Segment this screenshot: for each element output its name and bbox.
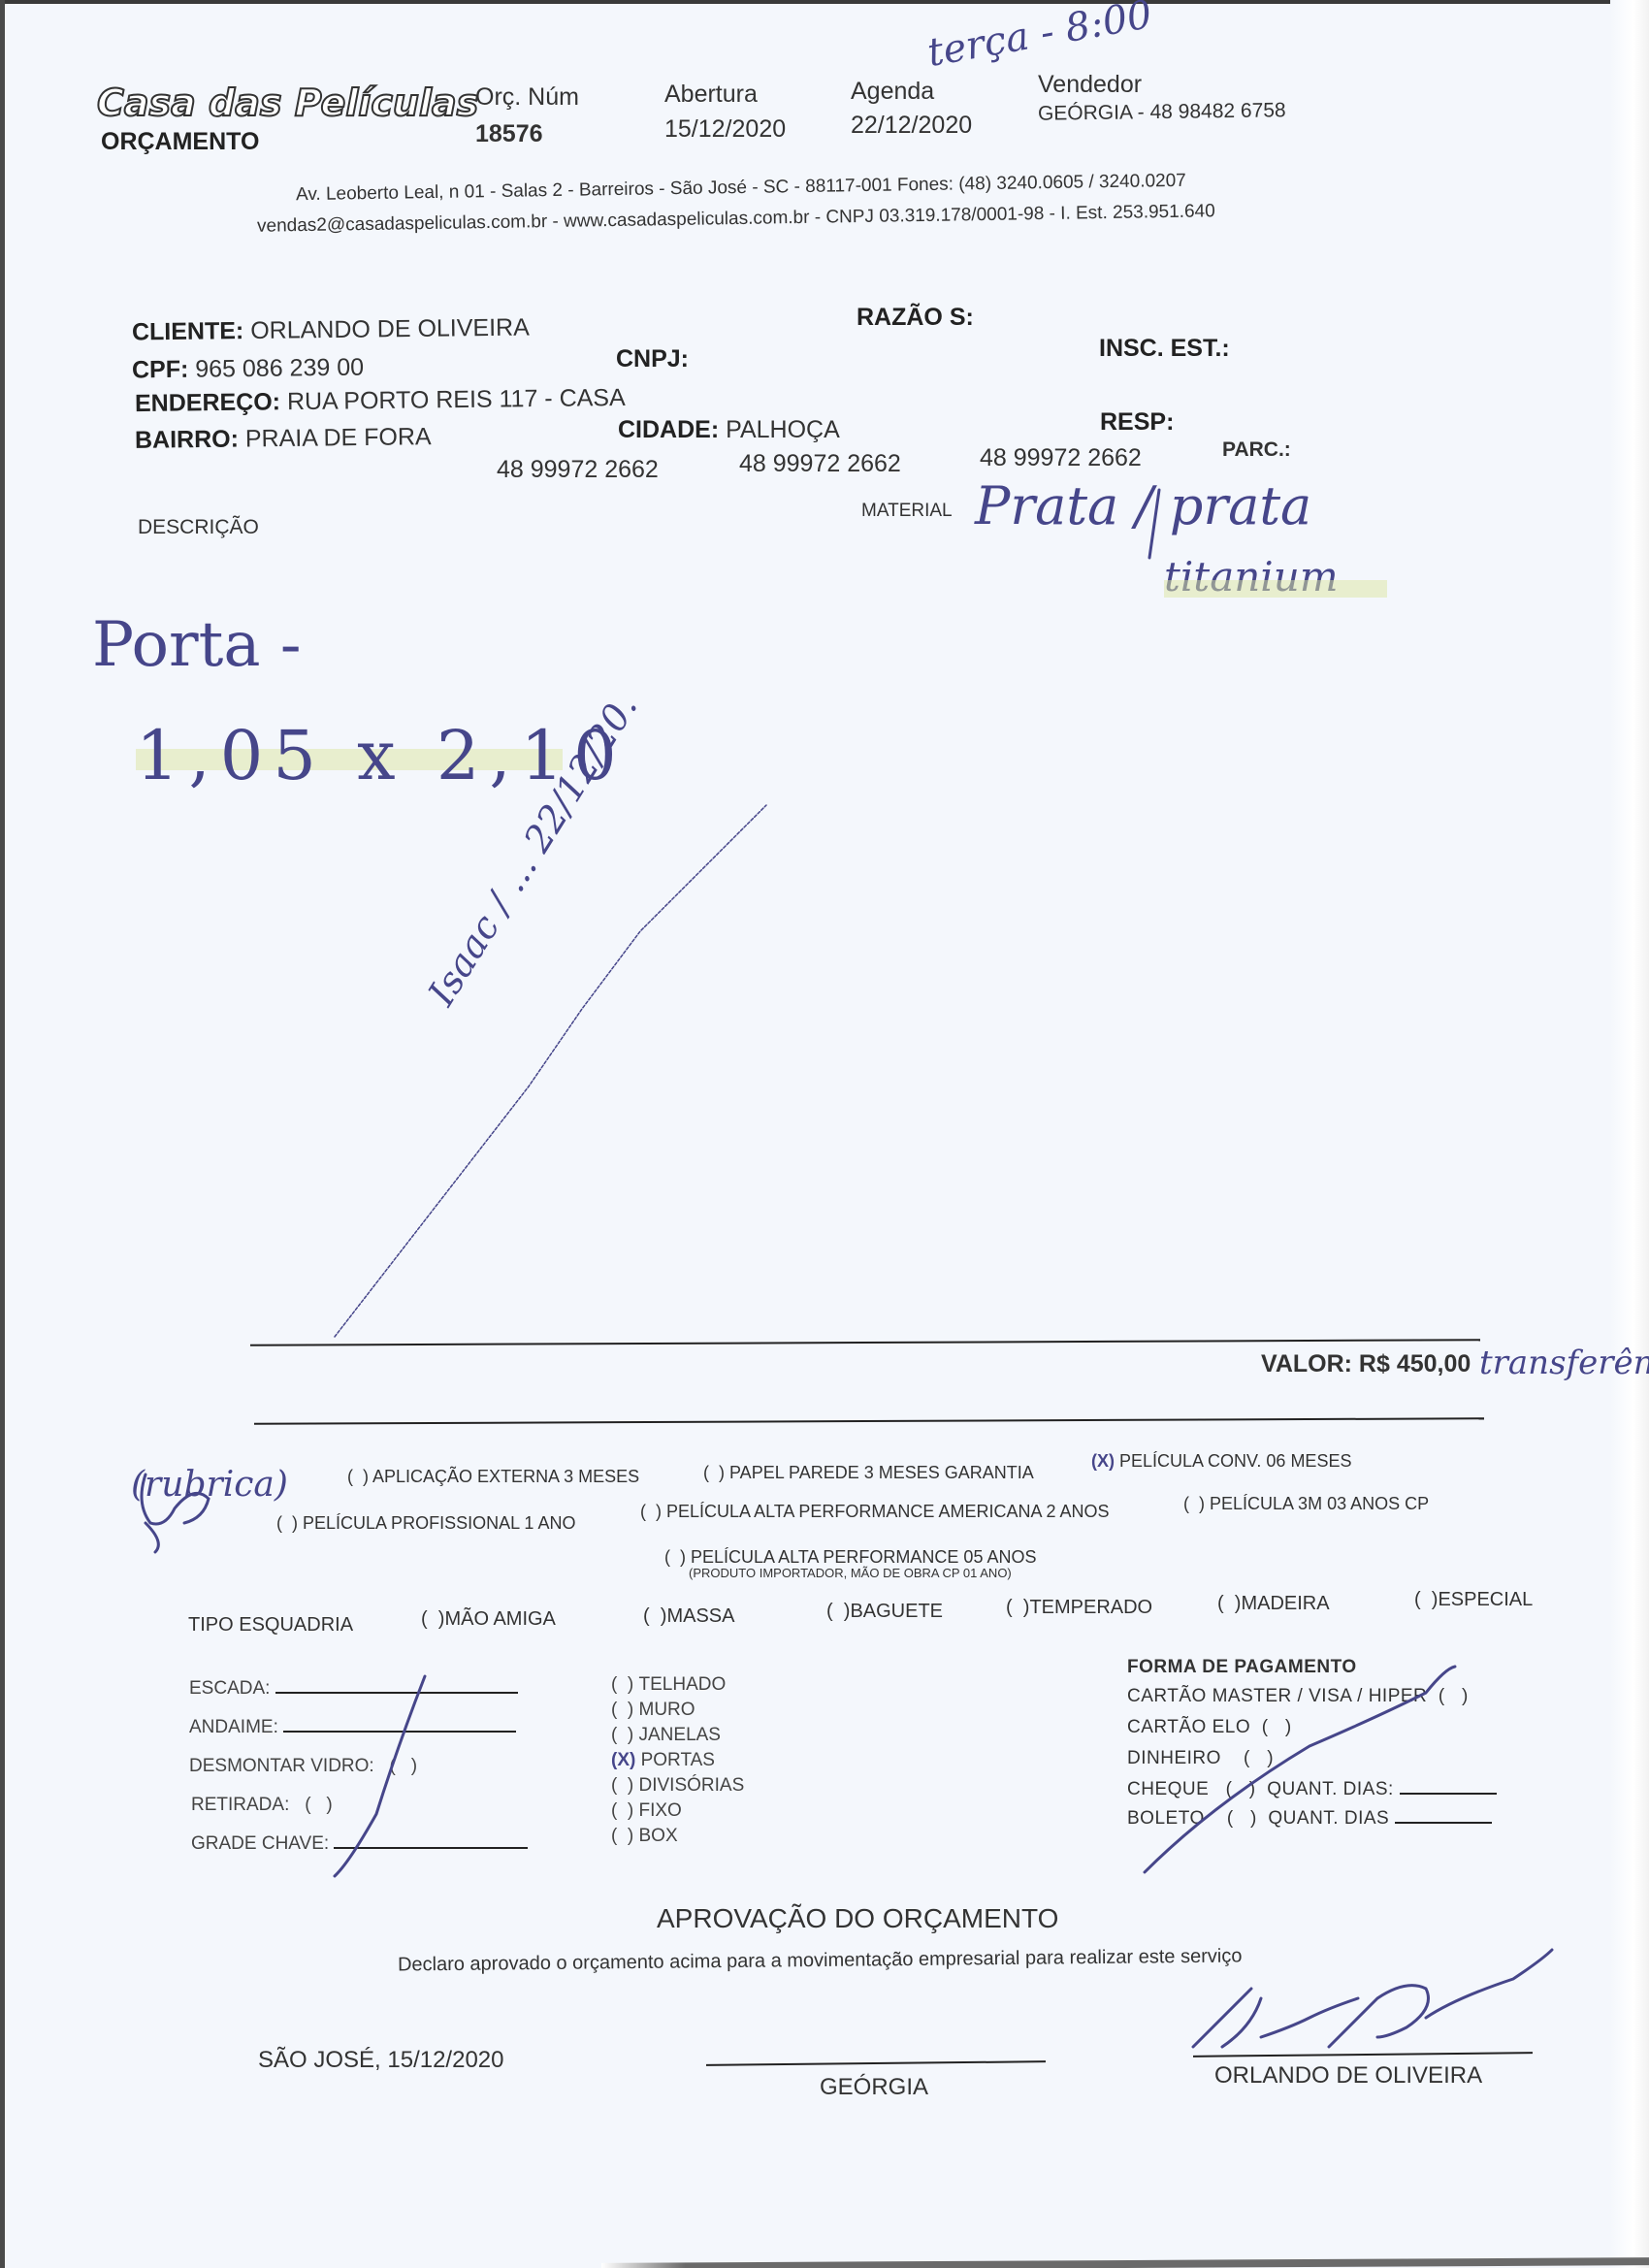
checkbox[interactable]: ( ) xyxy=(640,1502,662,1521)
service-option[interactable]: ( ) PELÍCULA ALTA PERFORMANCE 05 ANOS xyxy=(664,1547,1036,1568)
esquadria-option[interactable]: ( )BAGUETE xyxy=(826,1601,943,1623)
andaime-input[interactable] xyxy=(283,1731,516,1733)
description-handwritten-1: Porta - xyxy=(92,609,301,681)
location-option[interactable]: ( ) MURO xyxy=(611,1700,695,1721)
cliente-field: CLIENTE: ORLANDO DE OLIVEIRA xyxy=(132,313,530,346)
seller-name: GEÓRGIA xyxy=(820,2074,928,2101)
endereco-field: ENDEREÇO: RUA PORTO REIS 117 - CASA xyxy=(135,384,626,418)
vendedor-label: Vendedor xyxy=(1038,71,1142,99)
client-signature-line xyxy=(1193,2052,1533,2057)
material-label: MATERIAL xyxy=(861,501,953,522)
phone-2: 48 99972 2662 xyxy=(739,450,901,478)
esquadria-option[interactable]: ( )ESPECIAL xyxy=(1414,1589,1533,1611)
abertura-value: 15/12/2020 xyxy=(664,115,786,144)
cpf-value: 965 086 239 00 xyxy=(195,354,364,383)
checkbox[interactable]: ( ) xyxy=(826,1601,850,1622)
checkbox[interactable]: ( ) xyxy=(611,1725,639,1745)
agenda-handwritten-note: terça - 8:00 xyxy=(924,0,1155,76)
scan-edge-bottom xyxy=(601,2257,1649,2268)
checkbox-checked[interactable]: (X) xyxy=(1091,1451,1115,1471)
checkbox[interactable]: ( ) xyxy=(611,1775,639,1796)
checkbox[interactable]: ( ) xyxy=(1414,1589,1438,1610)
retirada-field: RETIRADA: ( ) xyxy=(191,1795,333,1816)
descricao-label: DESCRIÇÃO xyxy=(138,516,259,539)
bairro-field: BAIRRO: PRAIA DE FORA xyxy=(135,423,432,455)
approval-title: APROVAÇÃO DO ORÇAMENTO xyxy=(657,1903,1058,1934)
checkbox[interactable]: ( ) xyxy=(611,1674,639,1695)
service-option[interactable]: ( ) APLICAÇÃO EXTERNA 3 MESES xyxy=(347,1467,639,1487)
checkbox[interactable]: ( ) xyxy=(1227,1748,1274,1768)
location-option[interactable]: ( ) TELHADO xyxy=(611,1674,726,1696)
esquadria-label: TIPO ESQUADRIA xyxy=(188,1614,353,1636)
checkbox[interactable]: ( ) xyxy=(611,1800,639,1821)
esquadria-option[interactable]: ( )MASSA xyxy=(643,1605,734,1628)
checkbox[interactable]: ( ) xyxy=(1006,1597,1029,1618)
cnpj-field: CNPJ: xyxy=(616,345,689,373)
checkbox[interactable]: ( ) xyxy=(643,1605,666,1627)
payment-option[interactable]: BOLETO ( ) QUANT. DIAS xyxy=(1127,1808,1492,1830)
client-name: ORLANDO DE OLIVEIRA xyxy=(1214,2062,1482,2090)
escada-field: ESCADA: xyxy=(189,1678,518,1700)
endereco-value: RUA PORTO REIS 117 - CASA xyxy=(287,384,626,415)
service-option[interactable]: ( ) PAPEL PAREDE 3 MESES GARANTIA xyxy=(703,1463,1034,1483)
cliente-value: ORLANDO DE OLIVEIRA xyxy=(250,313,530,344)
place-date: SÃO JOSÉ, 15/12/2020 xyxy=(258,2047,504,2074)
payment-option[interactable]: CARTÃO MASTER / VISA / HIPER ( ) xyxy=(1127,1686,1469,1707)
payment-option[interactable]: CHEQUE ( ) QUANT. DIAS: xyxy=(1127,1779,1497,1800)
orc-num-label: Orç. Núm xyxy=(475,83,579,112)
resp-field: RESP: xyxy=(1100,408,1174,437)
checkbox[interactable]: ( ) xyxy=(421,1608,444,1630)
bairro-value: PRAIA DE FORA xyxy=(245,423,432,452)
company-address: Av. Leoberto Leal, n 01 - Salas 2 - Barr… xyxy=(296,171,1186,206)
cpf-field: CPF: 965 086 239 00 xyxy=(132,354,364,385)
valor-total: VALOR: R$ 450,00 xyxy=(1261,1350,1471,1378)
checkbox[interactable]: ( ) xyxy=(347,1467,369,1486)
agenda-label: Agenda xyxy=(851,78,934,106)
company-contact: vendas2@casadaspeliculas.com.br - www.ca… xyxy=(257,201,1215,238)
location-option[interactable]: ( ) DIVISÓRIAS xyxy=(611,1775,744,1797)
orc-num-value: 18576 xyxy=(475,120,543,148)
abertura-label: Abertura xyxy=(664,81,758,109)
location-option[interactable]: ( ) FIXO xyxy=(611,1800,682,1822)
valor-handwritten-note: transferência. xyxy=(1479,1344,1649,1382)
valor-bottom-rule xyxy=(254,1417,1484,1425)
scan-edge-top xyxy=(0,0,1649,4)
checkbox[interactable]: ( ) xyxy=(611,1826,639,1846)
checkbox[interactable]: ( ) xyxy=(1183,1494,1205,1513)
service-option[interactable]: ( ) PELÍCULA PROFISSIONAL 1 ANO xyxy=(276,1513,575,1534)
phone-1: 48 99972 2662 xyxy=(497,456,659,484)
desmontar-checkbox[interactable]: ( ) xyxy=(379,1756,417,1776)
grade-chave-field: GRADE CHAVE: xyxy=(191,1833,528,1855)
company-logo: Casa das Películas xyxy=(97,81,478,124)
service-option-note: (PRODUTO IMPORTADOR, MÃO DE OBRA CP 01 A… xyxy=(689,1566,1012,1580)
checkbox[interactable]: ( ) xyxy=(1256,1717,1292,1737)
payment-title: FORMA DE PAGAMENTO xyxy=(1127,1657,1357,1678)
checkbox[interactable]: ( ) xyxy=(1433,1686,1469,1706)
checkbox[interactable]: ( ) xyxy=(1214,1779,1256,1799)
andaime-field: ANDAIME: xyxy=(189,1717,516,1738)
escada-input[interactable] xyxy=(275,1692,518,1694)
payment-option[interactable]: DINHEIRO ( ) xyxy=(1127,1748,1274,1769)
service-option[interactable]: ( ) PELÍCULA 3M 03 ANOS CP xyxy=(1183,1494,1429,1514)
parc-field: PARC.: xyxy=(1222,438,1291,462)
scan-edge-left xyxy=(0,0,5,2268)
checkbox[interactable]: ( ) xyxy=(664,1547,686,1567)
phone-3: 48 99972 2662 xyxy=(980,444,1142,472)
cheque-days-input[interactable] xyxy=(1400,1793,1497,1795)
valor-top-rule xyxy=(250,1339,1480,1346)
cidade-value: PALHOÇA xyxy=(726,416,840,443)
vendedor-value: GEÓRGIA - 48 98482 6758 xyxy=(1038,99,1286,126)
desmontar-field: DESMONTAR VIDRO: ( ) xyxy=(189,1756,417,1777)
razao-field: RAZÃO S: xyxy=(857,304,974,332)
location-option[interactable]: ( ) JANELAS xyxy=(611,1725,721,1746)
checkbox-checked[interactable]: (X) xyxy=(611,1750,641,1770)
document-type: ORÇAMENTO xyxy=(101,128,259,156)
initials-mark: (rubrica) xyxy=(131,1465,288,1505)
material-handwritten: Prata / prata xyxy=(975,475,1311,536)
checkbox[interactable]: ( ) xyxy=(1217,1593,1241,1614)
highlight-mark xyxy=(1164,580,1387,598)
checkbox[interactable]: ( ) xyxy=(703,1463,725,1482)
insc-est-field: INSC. EST.: xyxy=(1099,335,1230,363)
seller-signature-line xyxy=(706,2060,1046,2066)
agenda-value: 22/12/2020 xyxy=(851,112,972,140)
cidade-field: CIDADE: PALHOÇA xyxy=(618,416,840,444)
service-option-checked[interactable]: (X) PELÍCULA CONV. 06 MESES xyxy=(1091,1451,1351,1472)
esquadria-option[interactable]: ( )MADEIRA xyxy=(1217,1593,1330,1615)
service-option[interactable]: ( ) PELÍCULA ALTA PERFORMANCE AMERICANA … xyxy=(640,1502,1110,1522)
payment-option[interactable]: CARTÃO ELO ( ) xyxy=(1127,1717,1292,1738)
esquadria-option[interactable]: ( )TEMPERADO xyxy=(1006,1597,1152,1619)
checkbox[interactable]: ( ) xyxy=(1211,1808,1257,1829)
location-option[interactable]: ( ) BOX xyxy=(611,1826,678,1847)
checkbox[interactable]: ( ) xyxy=(276,1513,298,1533)
scan-edge-right xyxy=(1610,0,1649,2268)
retirada-checkbox[interactable]: ( ) xyxy=(295,1795,333,1815)
approval-statement: Declaro aprovado o orçamento acima para … xyxy=(398,1945,1243,1976)
grade-chave-input[interactable] xyxy=(334,1847,528,1849)
esquadria-option[interactable]: ( )MÃO AMIGA xyxy=(421,1608,556,1631)
location-option-checked[interactable]: (X) PORTAS xyxy=(611,1750,715,1771)
checkbox[interactable]: ( ) xyxy=(611,1700,639,1720)
boleto-days-input[interactable] xyxy=(1395,1822,1492,1824)
